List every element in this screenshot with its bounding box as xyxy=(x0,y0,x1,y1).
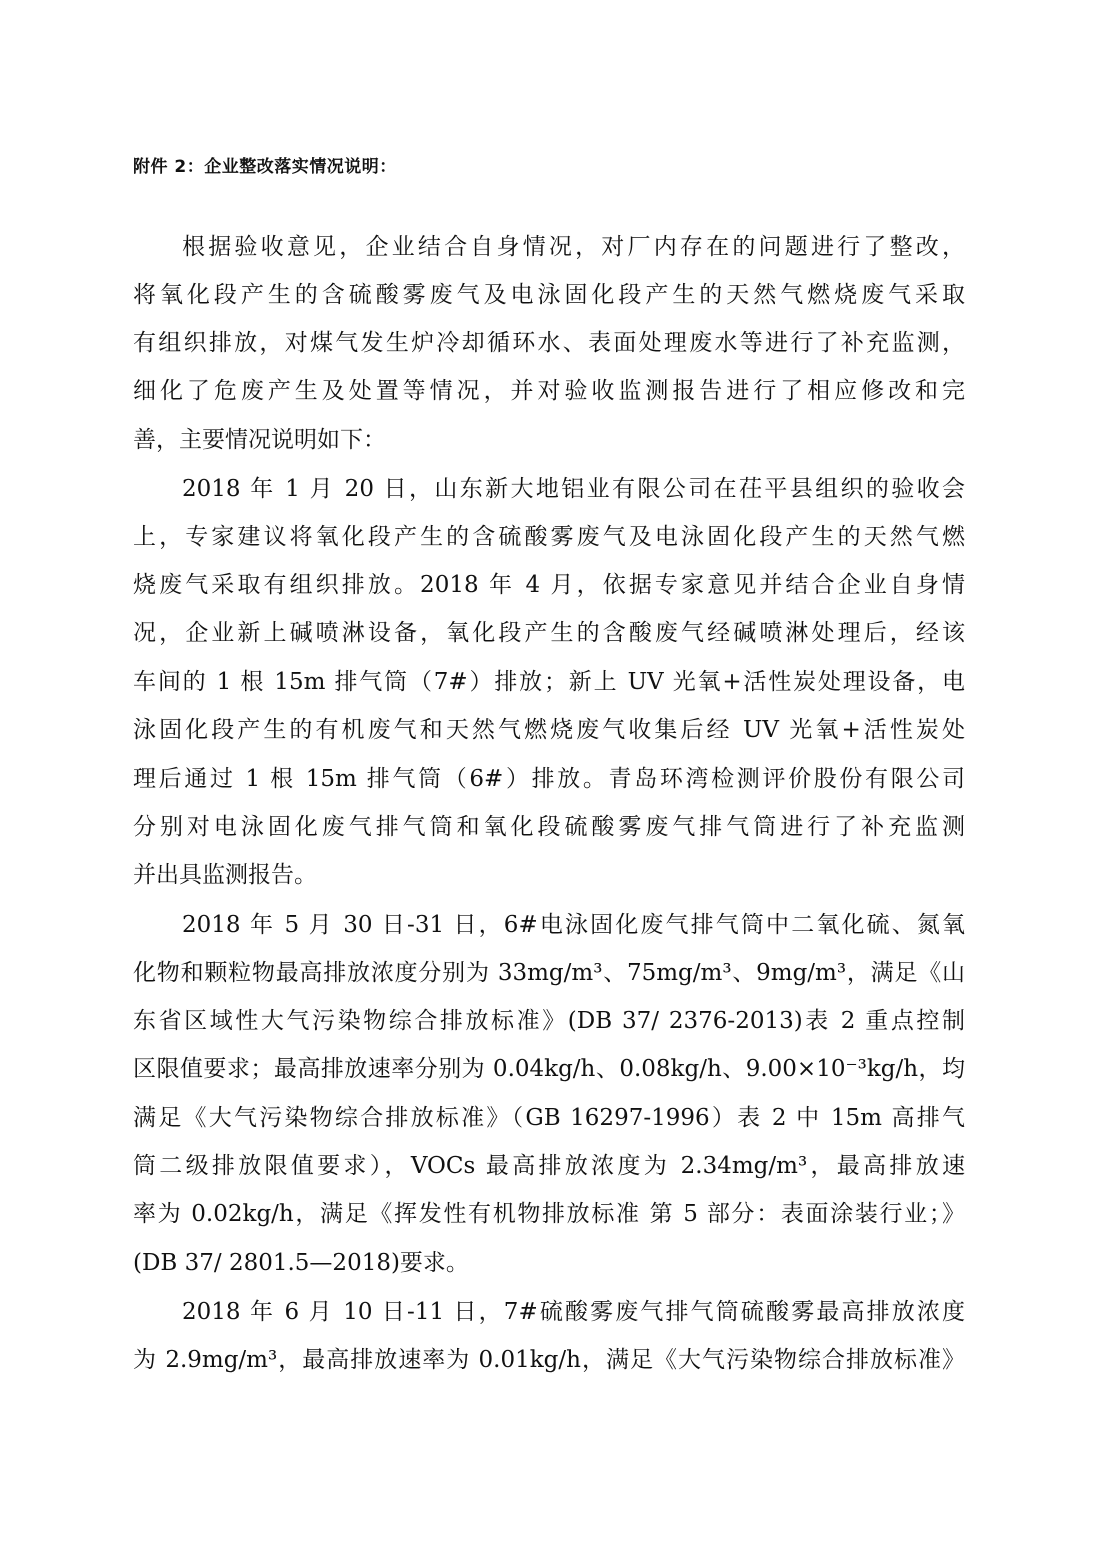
attachment-heading: 附件 2：企业整改落实情况说明： xyxy=(133,152,397,177)
paragraph-3-line-8: (DB 37/ 2801.5—2018)要求。 xyxy=(133,1248,965,1278)
paragraph-3-line-3: 东省区域性大气污染物综合排放标准》(DB 37/ 2376-2013)表 2 重… xyxy=(133,1006,965,1036)
paragraph-3-line-7: 率为 0.02kg/h，满足《挥发性有机物排放标准 第 5 部分：表面涂装行业；… xyxy=(133,1199,965,1229)
paragraph-2-line-2: 上，专家建议将氧化段产生的含硫酸雾废气及电泳固化段产生的天然气燃 xyxy=(133,522,965,552)
paragraph-3-line-5: 满足《大气污染物综合排放标准》（GB 16297-1996）表 2 中 15m … xyxy=(133,1103,965,1133)
document-page: 附件 2：企业整改落实情况说明： 根据验收意见，企业结合自身情况，对厂内存在的问… xyxy=(0,0,1100,1555)
paragraph-2-line-6: 泳固化段产生的有机废气和天然气燃烧废气收集后经 UV 光氧+活性炭处 xyxy=(133,715,965,745)
paragraph-1-line-2: 将氧化段产生的含硫酸雾废气及电泳固化段产生的天然气燃烧废气采取 xyxy=(133,280,965,310)
paragraph-2-line-7: 理后通过 1 根 15m 排气筒（6#）排放。青岛环湾检测评价股份有限公司 xyxy=(133,764,965,794)
paragraph-4-line-1: 2018 年 6 月 10 日-11 日，7#硫酸雾废气排气筒硫酸雾最高排放浓度 xyxy=(182,1297,965,1327)
paragraph-3-line-1: 2018 年 5 月 30 日-31 日，6#电泳固化废气排气筒中二氧化硫、氮氧 xyxy=(182,910,965,940)
paragraph-1-line-4: 细化了危废产生及处置等情况，并对验收监测报告进行了相应修改和完 xyxy=(133,376,965,406)
paragraph-2-line-8: 分别对电泳固化废气排气筒和氧化段硫酸雾废气排气筒进行了补充监测 xyxy=(133,812,965,842)
paragraph-2-line-4: 况，企业新上碱喷淋设备，氧化段产生的含酸废气经碱喷淋处理后，经该 xyxy=(133,618,965,648)
paragraph-3-line-4: 区限值要求；最高排放速率分别为 0.04kg/h、0.08kg/h、9.00×1… xyxy=(133,1054,965,1084)
paragraph-2-line-1: 2018 年 1 月 20 日，山东新大地铝业有限公司在茌平县组织的验收会 xyxy=(182,474,965,504)
paragraph-1-line-1: 根据验收意见，企业结合自身情况，对厂内存在的问题进行了整改， xyxy=(182,232,965,262)
paragraph-4-line-2: 为 2.9mg/m³，最高排放速率为 0.01kg/h，满足《大气污染物综合排放… xyxy=(133,1345,965,1375)
paragraph-3-line-2: 化物和颗粒物最高排放浓度分别为 33mg/m³、75mg/m³、9mg/m³，满… xyxy=(133,958,965,988)
paragraph-3-line-6: 筒二级排放限值要求），VOCs 最高排放浓度为 2.34mg/m³，最高排放速 xyxy=(133,1151,965,1181)
paragraph-2-line-5: 车间的 1 根 15m 排气筒（7#）排放；新上 UV 光氧+活性炭处理设备，电 xyxy=(133,667,965,697)
paragraph-1-line-5: 善，主要情况说明如下： xyxy=(133,425,965,455)
paragraph-2-line-9: 并出具监测报告。 xyxy=(133,860,965,890)
paragraph-1-line-3: 有组织排放，对煤气发生炉冷却循环水、表面处理废水等进行了补充监测， xyxy=(133,328,965,358)
paragraph-2-line-3: 烧废气采取有组织排放。2018 年 4 月，依据专家意见并结合企业自身情 xyxy=(133,570,965,600)
